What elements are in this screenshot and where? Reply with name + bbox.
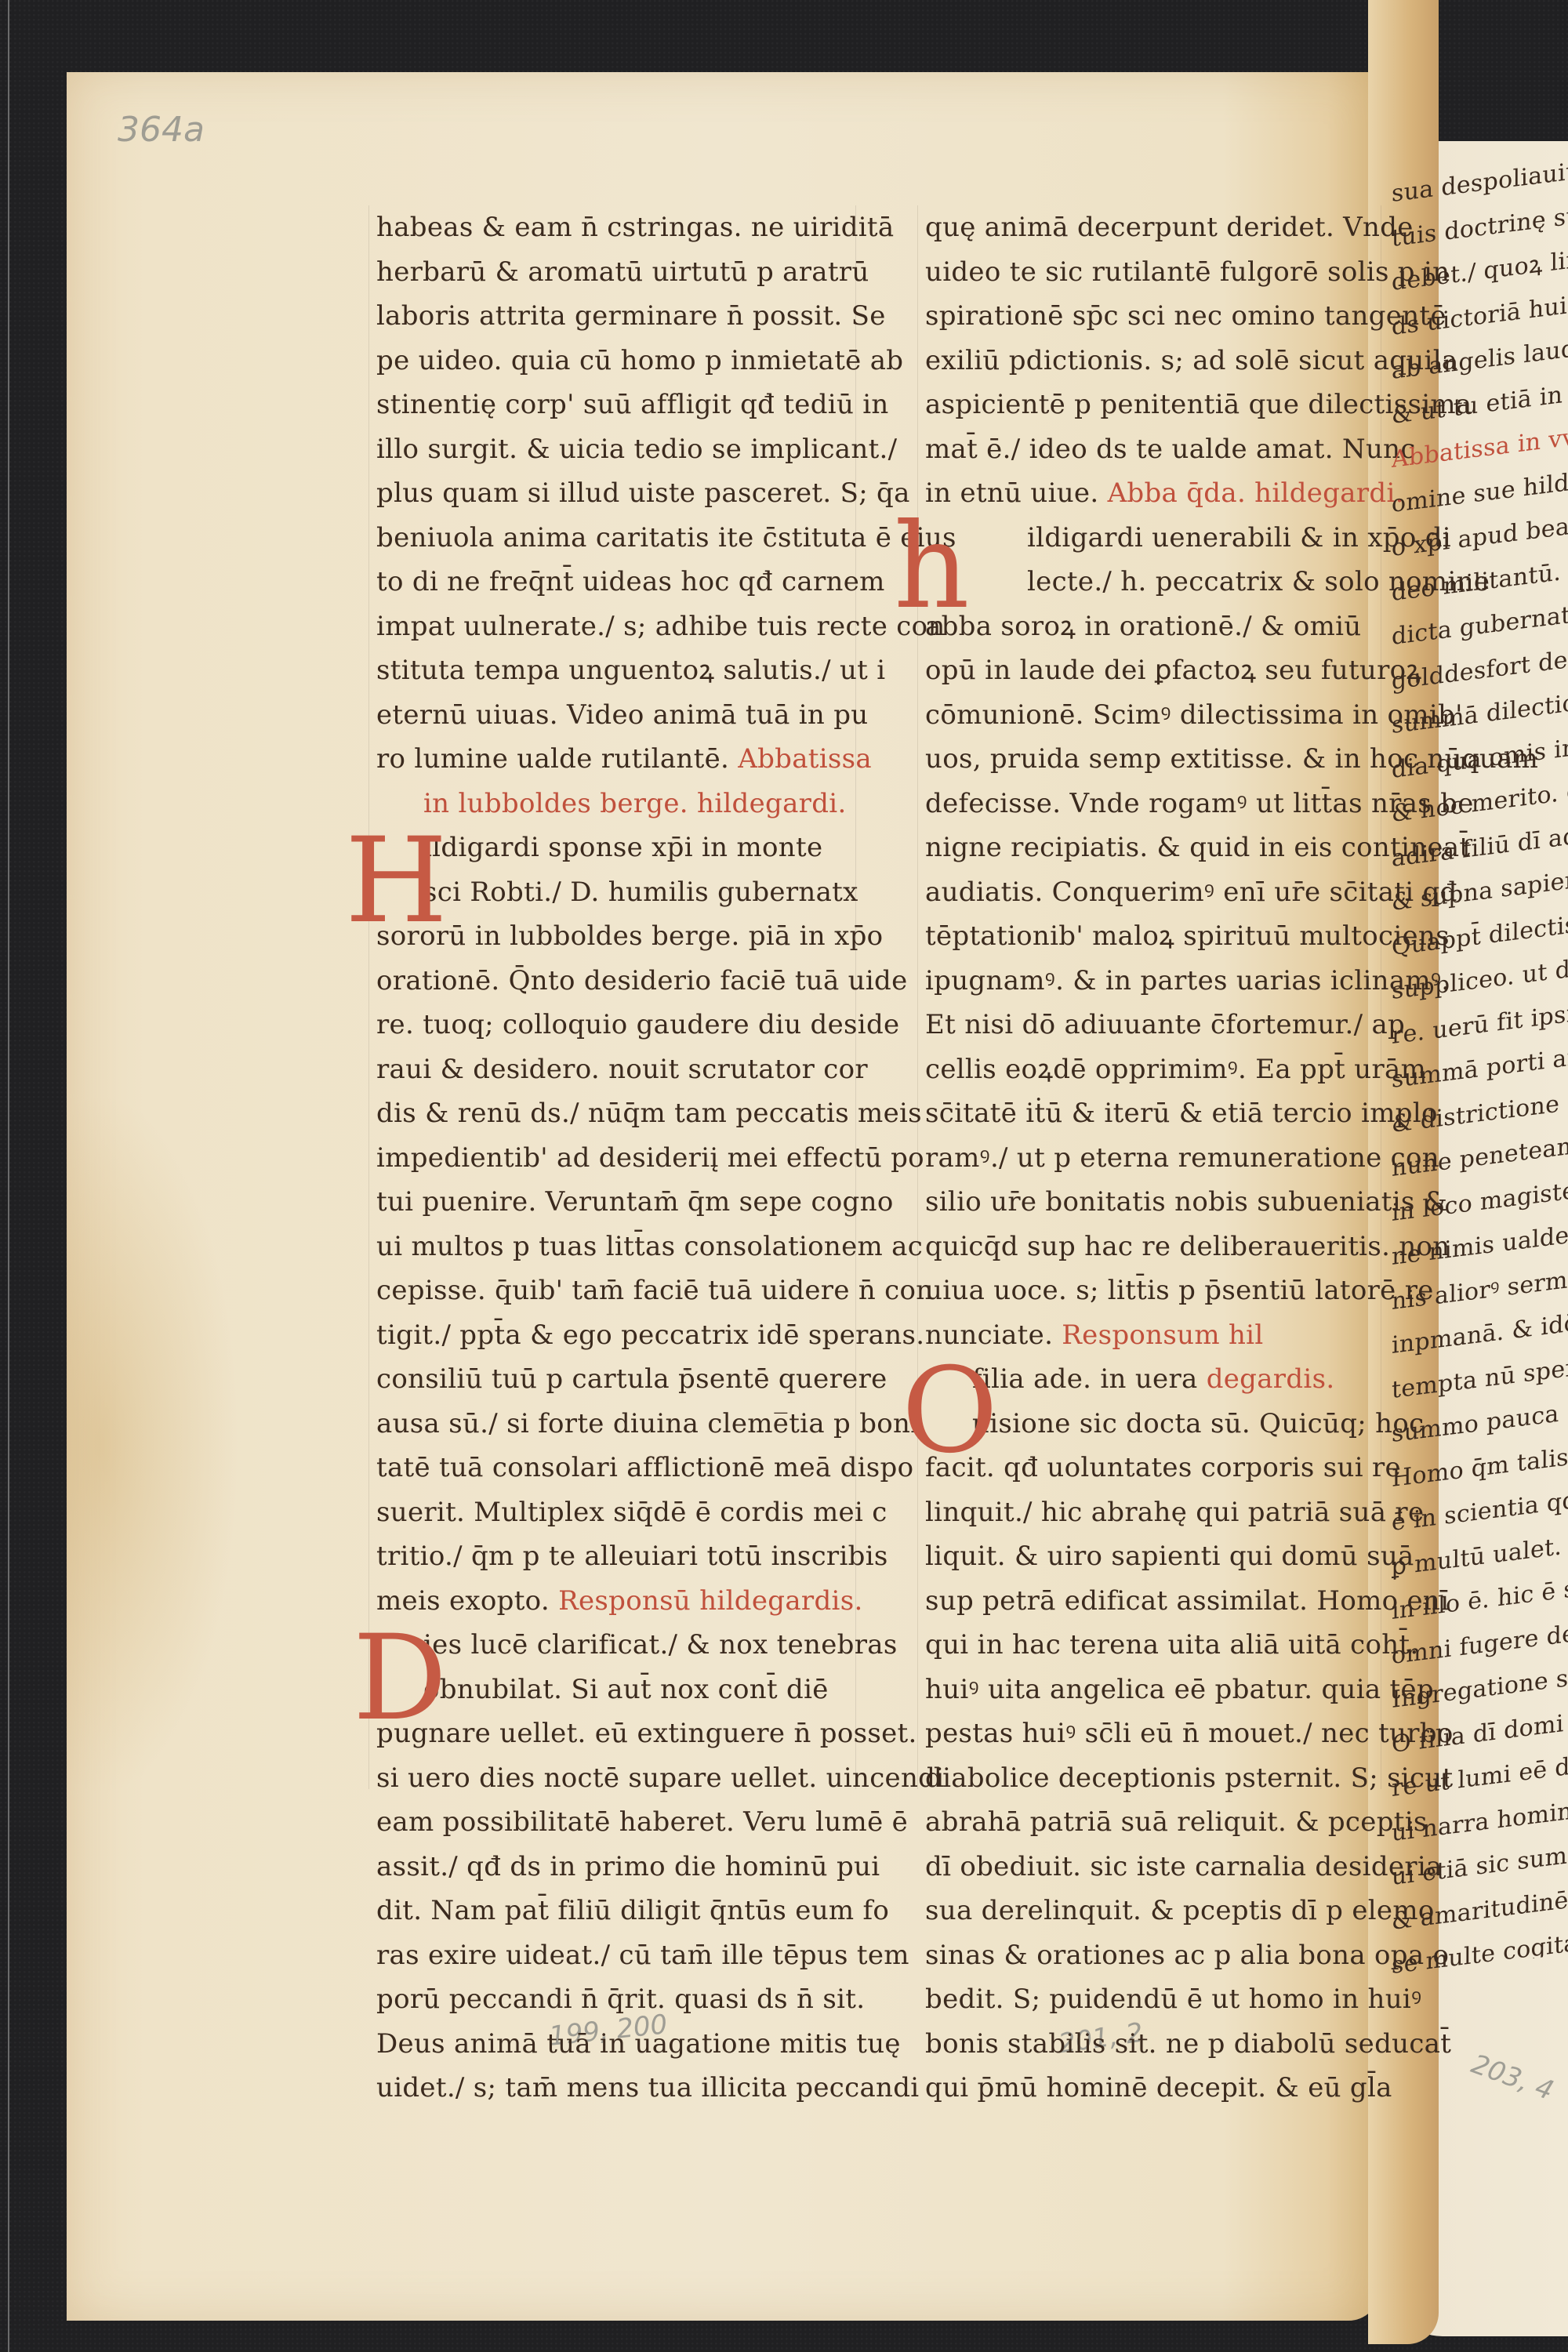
text-line: dī obediuit. sic iste carnalia desideria	[925, 1845, 1364, 1889]
text-line: pestas huiꝰ sc̄li eū n̄ mouet./ nec turb…	[925, 1711, 1364, 1756]
letter-block-1: H ildigardi sponse xp̄i in monte sci Rob…	[376, 826, 855, 1579]
decorated-initial: O	[902, 1352, 998, 1470]
text-line: quicq̄d sup hac re deliberaueritis. non	[925, 1225, 1364, 1269]
text-line: obnubilat. Si aut̄ nox cont̄ diē	[376, 1668, 855, 1712]
text-line: laboris attrita germinare n̄ possit. Se	[376, 294, 855, 339]
text-line: sup petrā edificat assimilat. Homo enī	[925, 1579, 1364, 1624]
text-line-with-rubric: in etnū uiue. Abba q̄da. hildegardi.	[925, 471, 1364, 516]
text-line: mat̄ ē./ ideo ds te ualde amat. Nunc	[925, 427, 1364, 472]
rubric-heading: degardis.	[1207, 1363, 1335, 1395]
text-line: uos, pruida semp extitisse. & in hoc nūq…	[925, 737, 1364, 782]
text-line: habeas & eam n̄ cstringas. ne uiriditā	[376, 205, 855, 250]
text-line: cellis eoꝝdē opprimimꝰ. Ea ppt̄ urām	[925, 1047, 1364, 1092]
text-line: ildigardi uenerabili & in xp̄o di	[925, 516, 1364, 561]
text-line: impat uulnerate./ s; adhibe tuis recte c…	[376, 604, 855, 649]
text-line: tui puenire. Veruntam̄ q̄m sepe cogno	[376, 1180, 855, 1225]
text-line: ausa sū./ si forte diuina cleme̅tia p bo…	[376, 1402, 855, 1446]
text-line: pe uideo. quia cū homo p inmietatē ab	[376, 339, 855, 383]
text-line: Et nisi dō adiuuante c̄fortemur./ ap	[925, 1003, 1364, 1047]
text-line: uidet./ s; tam̄ mens tua illicita peccan…	[376, 2066, 855, 2111]
text-line: suerit. Multiplex siq̄dē ē cordis mei c	[376, 1490, 855, 1535]
text-line: quę animā decerpunt deridet. Vnde	[925, 205, 1364, 250]
text-line: si uero dies noctē supare uellet. uincen…	[376, 1756, 855, 1801]
text-line: sinas & orationes ac p alia bona opa o	[925, 1933, 1364, 1978]
text-line-with-rubric: ro lumine ualde rutilantē. Abbatissa	[376, 737, 855, 782]
text-line: defecisse. Vnde rogamꝰ ut litt̄as nr̄as …	[925, 782, 1364, 826]
letter-block-4: O filia ade. in uera degardis. uisione s…	[925, 1357, 1364, 2111]
text-line: tritio./ q̄m p te alleuiari totū inscrib…	[376, 1534, 855, 1579]
text-line: beniuola anima caritatis ite c̄stituta ē…	[376, 516, 855, 561]
text-line: opū in laude dei ꝑfactoꝝ seu futuroꝝ	[925, 648, 1364, 693]
text-line: Deus animā tuā in uagatione mitis tuę	[376, 2022, 855, 2067]
text-line: exiliū pdictionis. s; ad solē sicut aqui…	[925, 339, 1364, 383]
text-line: impedientib' ad desideriį mei effectū po	[376, 1136, 855, 1181]
text-line: eternū uiuas. Video animā tuā in pu	[376, 693, 855, 738]
rubric-heading: Responsū hildegardis.	[558, 1585, 862, 1617]
text-line: raui & desidero. nouit scrutator cor	[376, 1047, 855, 1092]
text-line: spirationē sp̄c sci nec omino tangentē	[925, 294, 1364, 339]
text-column-left: habeas & eam n̄ cstringas. ne uiriditā h…	[376, 205, 855, 2111]
rubric-heading: Responsum hil	[1062, 1319, 1263, 1351]
text-line: assit./ qđ ds in primo die hominū pui	[376, 1845, 855, 1889]
text-segment: ro lumine ualde rutilantē.	[376, 743, 729, 775]
text-line: re. tuoq; colloquio gaudere diu deside	[376, 1003, 855, 1047]
decorated-initial: h	[894, 508, 970, 626]
text-line: linquit./ hic abrahę qui patriā suā re	[925, 1490, 1364, 1535]
letter-block-2: D ies lucē clarificat./ & nox tenebras o…	[376, 1623, 855, 2111]
text-line: porū peccandi n̄ q̄rit. quasi ds n̄ sit.	[376, 1977, 855, 2022]
text-line: tigit./ ppt̄a & ego peccatrix idē speran…	[376, 1313, 855, 1358]
text-line: ramꝰ./ ut p eterna remuneratione con	[925, 1136, 1364, 1181]
text-line: sc̄itatē iṫū & iterū & etiā tercio implo	[925, 1091, 1364, 1136]
text-segment: filia ade. in uera	[972, 1363, 1198, 1395]
text-line: bedit. S; puidendū ē ut homo in huiꝰ	[925, 1977, 1364, 2022]
text-line: abba soroꝝ in orationē./ & omiū	[925, 604, 1364, 649]
text-line: ildigardi sponse xp̄i in monte	[376, 826, 855, 870]
text-line: stinentię corp' suū affligit qđ tediū in	[376, 383, 855, 427]
rubric-heading: Abbatissa	[738, 743, 872, 775]
text-line-with-rubric: meis exopto. Responsū hildegardis.	[376, 1579, 855, 1624]
text-line: tēptationib' maloꝝ spirituū multociens	[925, 914, 1364, 959]
text-line: sua derelinquit. & pceptis dī p elemo	[925, 1889, 1364, 1933]
text-line: tatē tuā consolari afflictionē meā dispo	[376, 1446, 855, 1490]
folio-number: 364a	[118, 110, 205, 150]
text-line: pugnare uellet. eū extinguere n̄ posset.	[376, 1711, 855, 1756]
text-line: dis & renū ds./ nūq̄m tam peccatis meis	[376, 1091, 855, 1136]
text-line: orationē. Q̄nto desiderio faciē tuā uide	[376, 959, 855, 1004]
text-line: audiatis. Conquerimꝰ enī ur̄e sc̄itati q…	[925, 870, 1364, 915]
text-line: huiꝰ uita angelica eē pbatur. quia tēp	[925, 1668, 1364, 1712]
text-line: to di ne freq̄nt̄ uideas hoc qđ carnem	[376, 560, 855, 604]
rubric-heading: Abba q̄da. hildegardi.	[1108, 477, 1404, 509]
text-line: cepisse. q̄uib' tam̄ faciē tuā uidere n̄…	[376, 1269, 855, 1313]
text-line: diabolice deceptionis psternit. S; sicut	[925, 1756, 1364, 1801]
facing-page-text: sua despoliauit. In omib tuis doctrinę s…	[1392, 150, 1568, 1976]
decorated-initial: H	[345, 822, 448, 940]
text-line: nigne recipiatis. & quid in eis continea…	[925, 826, 1364, 870]
text-line: ipugnamꝰ. & in partes uarias iclinamꝰ.	[925, 959, 1364, 1004]
text-line: aspicientē p penitentiā que dilectissima	[925, 383, 1364, 427]
text-column-right: quę animā decerpunt deridet. Vnde uideo …	[925, 205, 1364, 2111]
text-line: stituta tempa unguentoꝝ salutis./ ut i	[376, 648, 855, 693]
text-line: silio ur̄e bonitatis nobis subueniatis &	[925, 1180, 1364, 1225]
rubric-heading: in lubboldes berge. hildegardi.	[376, 782, 855, 826]
text-line: abrahā patriā suā reliquit. & pceptis	[925, 1800, 1364, 1845]
text-line: sci Robti./ D. humilis gubernatx	[376, 870, 855, 915]
text-line: sororū in lubboldes berge. piā in xp̄o	[376, 914, 855, 959]
text-line: consiliū tuū p cartula p̄sentē querere	[376, 1357, 855, 1402]
text-line: bonis stabilis sit. ne p diabolū seducat…	[925, 2022, 1364, 2067]
text-line: qui in hac terena uita aliā uitā coht̄.	[925, 1623, 1364, 1668]
text-line: uiua uoce. s; litt̄is p p̄sentiū latorē …	[925, 1269, 1364, 1313]
decorated-initial: D	[353, 1620, 448, 1737]
text-line: illo surgit. & uicia tedio se implicant.…	[376, 427, 855, 472]
text-line: dit. Nam pat̄ filiū diligit q̄ntūs eum f…	[376, 1889, 855, 1933]
text-line: lecte./ h. peccatrix & solo nomine	[925, 560, 1364, 604]
text-line: ras exire uideat./ cū tam̄ ille tēpus te…	[376, 1933, 855, 1978]
text-line: qui p̄mū hominē decepit. & eū gl̄a	[925, 2066, 1364, 2111]
text-line: ies lucē clarificat./ & nox tenebras	[376, 1623, 855, 1668]
text-line: cōmunionē. Scimꝰ dilectissima in omib'	[925, 693, 1364, 738]
letter-block-3: h ildigardi uenerabili & in xp̄o di lect…	[925, 516, 1364, 1313]
text-line: ui multos p tuas litt̄as consolationem a…	[376, 1225, 855, 1269]
water-stain	[67, 1091, 239, 1797]
text-line: herbarū & aromatū uirtutū p aratrū	[376, 250, 855, 295]
text-line: uideo te sic rutilantē fulgorē solis p i…	[925, 250, 1364, 295]
text-line: plus quam si illud uiste pasceret. S; q̄…	[376, 471, 855, 516]
text-line: eam possibilitatē haberet. Veru lumē ē	[376, 1800, 855, 1845]
text-line: liquit. & uiro sapienti qui domū suā	[925, 1534, 1364, 1579]
cradle-edge	[8, 0, 9, 2352]
